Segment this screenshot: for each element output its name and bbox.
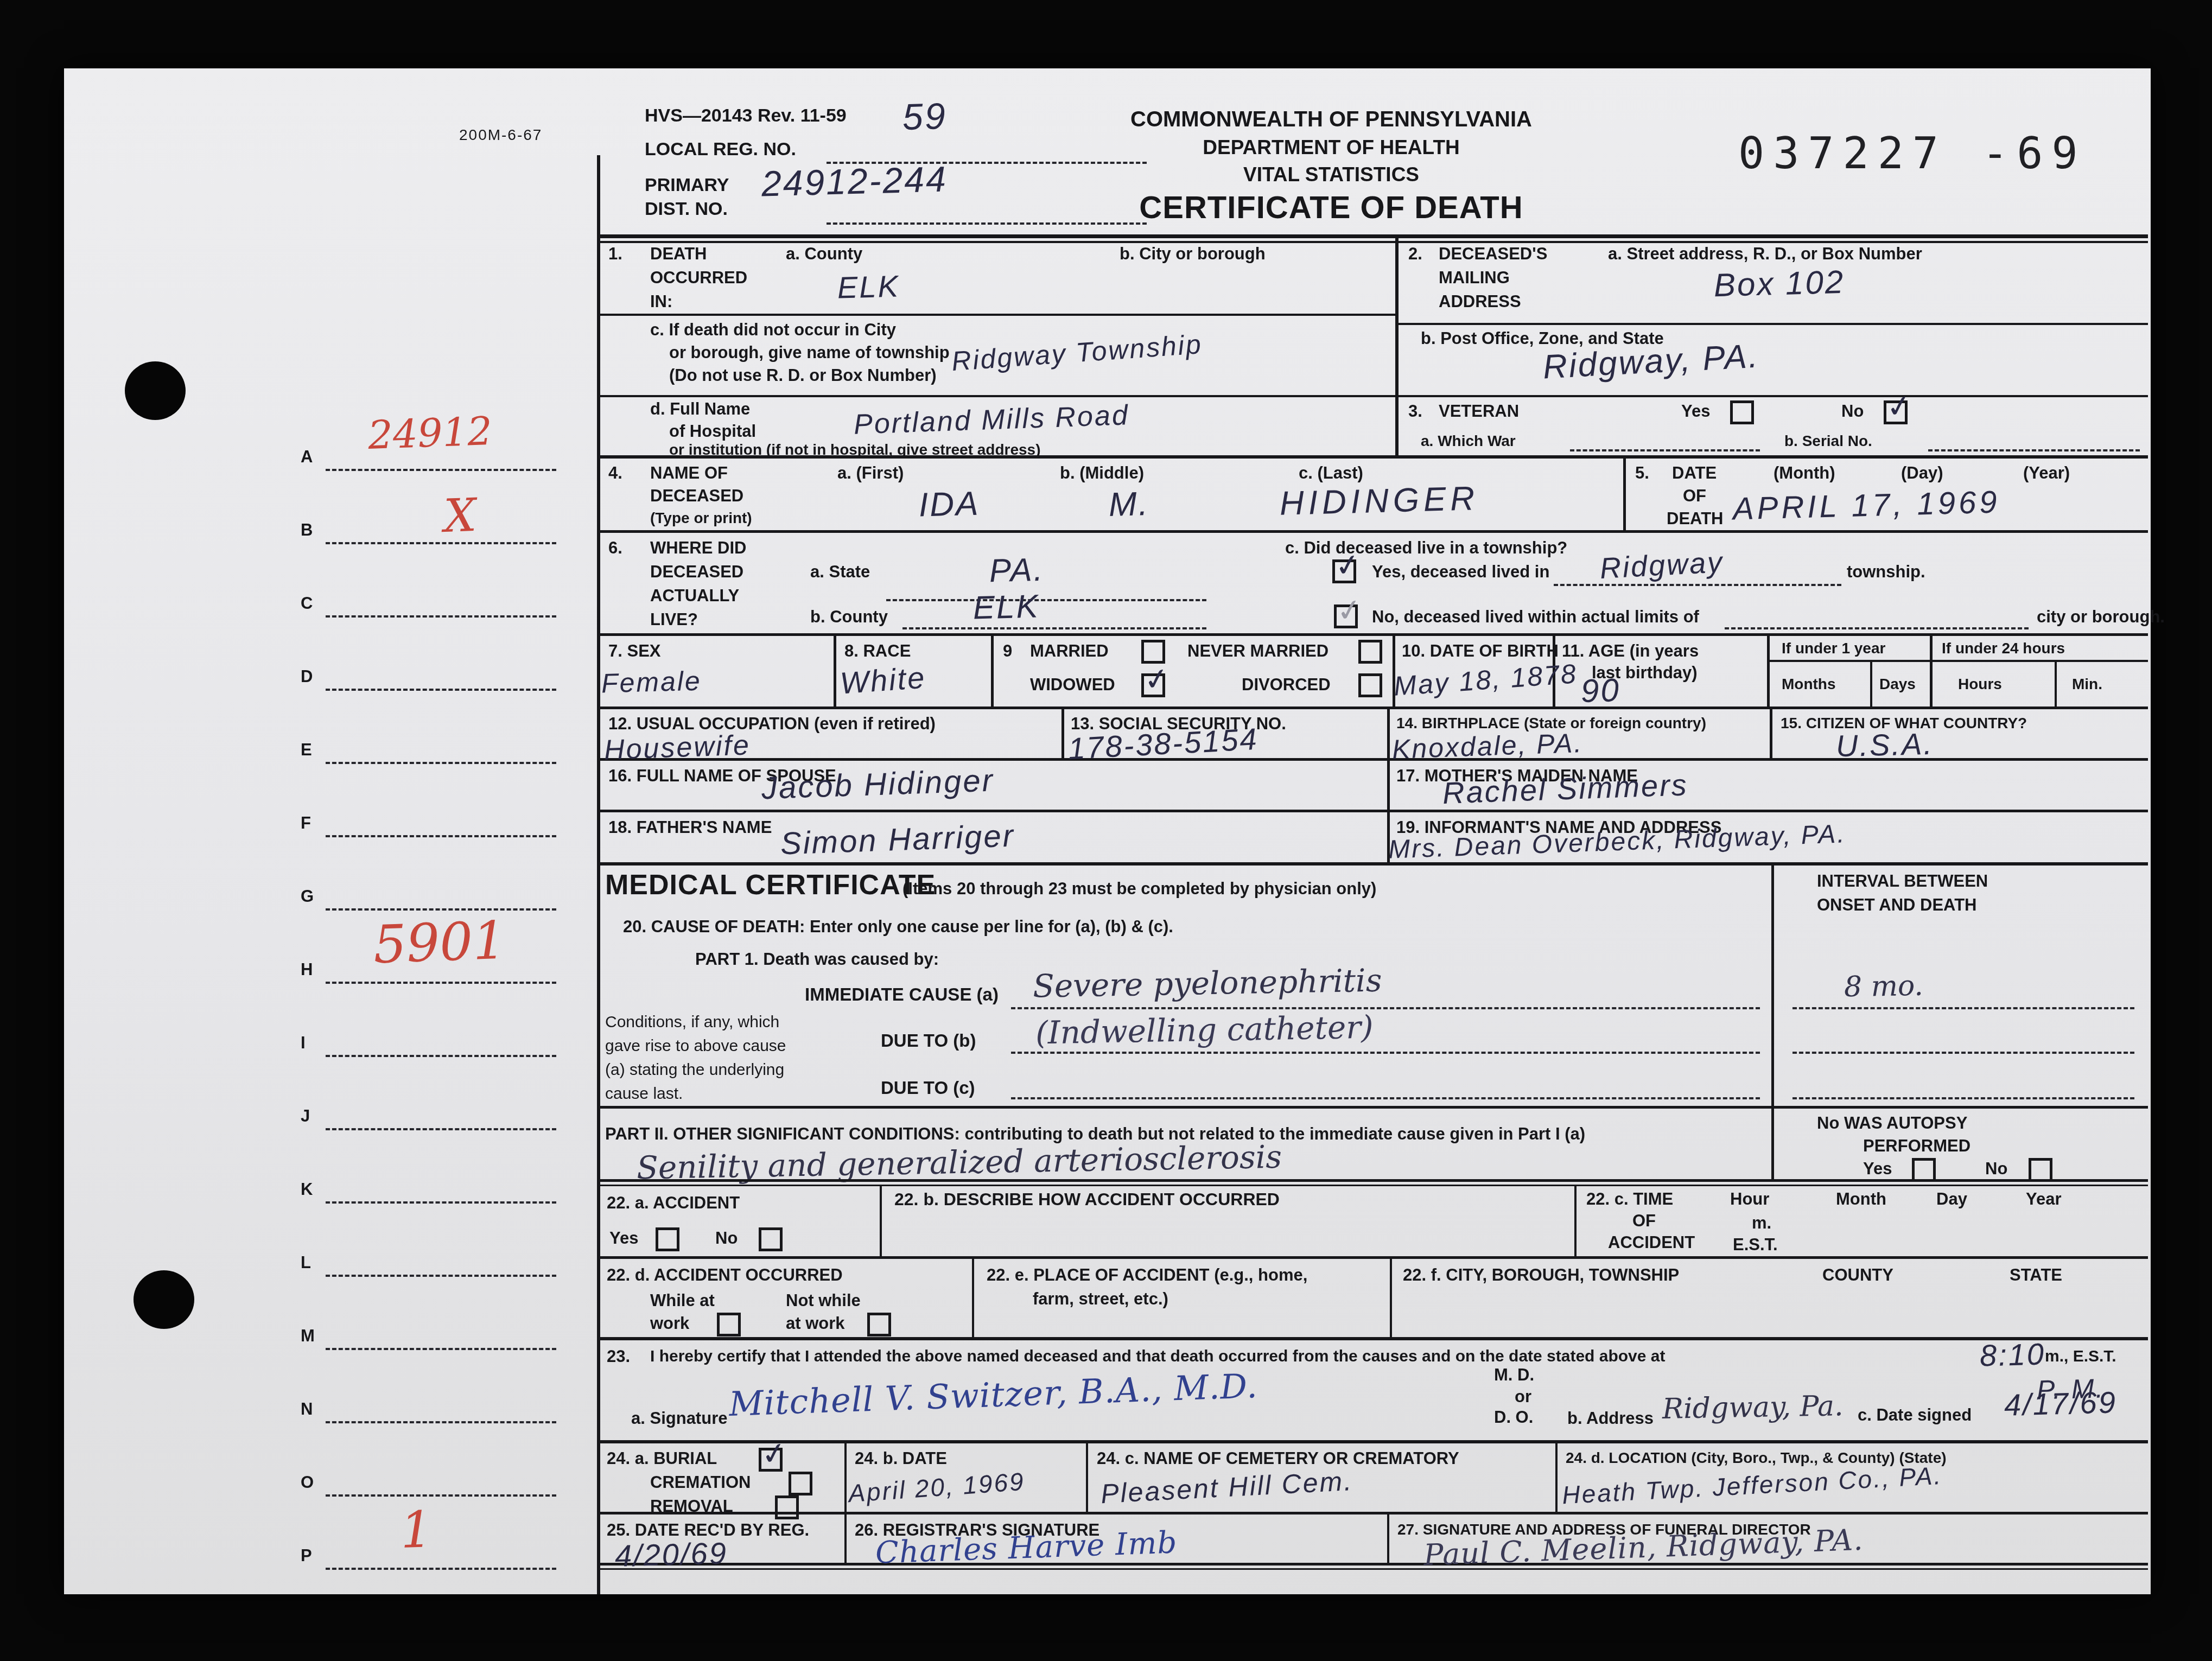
box7-label: 7. SEX (608, 642, 661, 660)
rule (1387, 709, 1390, 760)
widowed-checkbox: ✓ (1141, 673, 1165, 697)
box18-title: FATHER'S NAME (637, 818, 772, 837)
rule (1623, 459, 1626, 532)
box6c-township-line (1554, 584, 1841, 586)
box12-no: 12. (608, 714, 632, 733)
rule (599, 234, 2148, 238)
box5-year-label: (Year) (2023, 464, 2070, 482)
box23-no: 23. (607, 1348, 630, 1365)
primary-dist-label-2: DIST. NO. (645, 200, 728, 219)
cremation-label: CREMATION (650, 1474, 751, 1491)
stub-value-red: 1 (399, 1500, 433, 1560)
print-code: 200M-6-67 (459, 127, 542, 143)
box8-label: 8. RACE (844, 642, 911, 660)
rule (2055, 662, 2057, 709)
box5-month-label: (Month) (1774, 464, 1835, 482)
rule (1086, 1443, 1088, 1514)
month-label: Month (1836, 1191, 1886, 1208)
widowed-check: ✓ (1142, 660, 1172, 699)
stub-letter: K (301, 1181, 313, 1198)
header-department: DEPARTMENT OF HEALTH (1054, 136, 1608, 159)
box6c-label: c. Did deceased live in a township? (1285, 539, 1567, 557)
state-label: STATE (2010, 1267, 2062, 1284)
stub-letter: O (301, 1474, 314, 1491)
box7-no: 7. (608, 641, 622, 660)
not-while-label-2: at work (786, 1315, 845, 1332)
header-vital: VITAL STATISTICS (1054, 163, 1608, 186)
box20-label: 20. CAUSE OF DEATH: Enter only one cause… (623, 918, 1173, 935)
not-while-label-1: Not while (786, 1292, 861, 1309)
form-number: HVS—20143 Rev. 11-59 (645, 106, 847, 125)
box1-title-3: IN: (650, 293, 672, 310)
stub-line (326, 908, 556, 911)
rule (844, 1514, 847, 1565)
box5-title-3: DEATH (1667, 510, 1723, 527)
box6-title-4: LIVE? (650, 611, 698, 628)
father-name-value: Simon Harriger (780, 817, 1015, 862)
box5-title-2: OF (1683, 487, 1706, 505)
serial-no-line (1928, 449, 2140, 451)
box12-title: USUAL OCCUPATION (even if retired) (637, 714, 936, 733)
box22d-label: 22. d. ACCIDENT OCCURRED (607, 1267, 843, 1284)
rule (1387, 761, 1390, 812)
local-reg-label: LOCAL REG. NO. (645, 140, 796, 159)
box18-label: 18. FATHER'S NAME (608, 819, 772, 836)
stub-line (326, 1275, 556, 1277)
time-suffix: m., E.S.T. (2045, 1348, 2116, 1365)
cemetery-location-value: Heath Twp. Jefferson Co., PA. (1561, 1461, 1943, 1510)
rule (599, 1106, 2148, 1109)
which-war-line (1570, 449, 1760, 451)
widowed-label: WIDOWED (1030, 676, 1115, 693)
while-at-label-2: work (650, 1315, 689, 1332)
certificate-number-stamp: 037227 -69 (1738, 128, 2087, 179)
interval-label-1: INTERVAL BETWEEN (1817, 873, 1988, 890)
stub-letter: H (301, 961, 313, 978)
stub-value-red: 5901 (372, 910, 507, 975)
stub-line (326, 1568, 556, 1570)
box4-title-1: NAME OF (650, 464, 728, 482)
stub-line (326, 982, 556, 984)
hour-label: Hour (1730, 1191, 1769, 1208)
box6b-line (902, 627, 1206, 629)
md-label: M. D. (1494, 1366, 1534, 1384)
lived-city-no-check: ✓ (1334, 591, 1365, 630)
box4-title-2: DECEASED (650, 487, 743, 505)
box22c-label-2: OF (1632, 1212, 1656, 1230)
stub-line (326, 615, 556, 618)
stub-line (326, 469, 556, 471)
box1b-label: b. City or borough (1120, 245, 1266, 263)
primary-dist-value: 24912-244 (761, 158, 948, 205)
stub-value-red: X (443, 488, 477, 543)
married-checkbox (1141, 640, 1165, 664)
rule (599, 395, 2148, 397)
birthplace-value: Knoxdale, PA. (1391, 727, 1584, 765)
stub-line (326, 1128, 556, 1130)
rule (972, 1259, 974, 1337)
box4-no: 4. (608, 464, 622, 482)
rule (1555, 1443, 1558, 1514)
rule (599, 1337, 2148, 1340)
box21-title-1: WAS AUTOPSY (1844, 1113, 1967, 1132)
punch-hole-bottom (134, 1270, 194, 1329)
box2-title-1: DECEASED'S (1439, 245, 1547, 263)
lived-township-yes-checkbox: ✓ (1332, 559, 1356, 583)
or-label: or (1515, 1388, 1531, 1405)
stub-line (326, 1348, 556, 1350)
burial-label: a. BURIAL (635, 1449, 717, 1468)
stub-letter: C (301, 595, 313, 612)
box24a-label: 24. a. BURIAL (607, 1450, 717, 1467)
autopsy-yes-checkbox (1912, 1158, 1936, 1182)
rule (599, 633, 2148, 636)
date-received-value: 4/20/69 (614, 1535, 728, 1573)
box22b-label: 22. b. DESCRIBE HOW ACCIDENT OCCURRED (894, 1191, 1280, 1208)
stub-letter: F (301, 814, 311, 832)
box1-title-2: OCCURRED (650, 269, 747, 287)
cremation-checkbox (789, 1472, 812, 1495)
due-to-b-line (1011, 1052, 1760, 1054)
box1a-label: a. County (786, 245, 862, 263)
autopsy-yes-label: Yes (1863, 1160, 1892, 1178)
box21-no: No (1817, 1113, 1839, 1132)
box14-no: 14. (1396, 715, 1418, 731)
day-label: Day (1936, 1191, 1967, 1208)
box1-no: 1. (608, 245, 622, 263)
stub-letter: D (301, 668, 313, 685)
stub-letter: M (301, 1327, 315, 1345)
lived-city-no-checkbox: ✓ (1334, 604, 1358, 628)
accident-no-label: No (715, 1230, 738, 1247)
divorced-checkbox (1358, 673, 1382, 697)
box17-no: 17. (1396, 766, 1420, 785)
signature-label: a. Signature (631, 1410, 727, 1427)
box18-no: 18. (608, 818, 632, 837)
box3-no: 3. (1408, 403, 1422, 420)
removal-checkbox (775, 1495, 799, 1519)
box1a-value: ELK (837, 269, 900, 306)
box21-title-2: PERFORMED (1863, 1137, 1971, 1155)
box22c-label-3: ACCIDENT (1608, 1234, 1695, 1251)
box21-label: No WAS AUTOPSY (1817, 1115, 1967, 1132)
due-to-b-label: DUE TO (b) (881, 1032, 976, 1050)
interval-label-2: ONSET AND DEATH (1817, 896, 1977, 914)
immediate-cause-line (1011, 1007, 1760, 1009)
accident-yes-checkbox (656, 1227, 679, 1251)
header-commonwealth: COMMONWEALTH OF PENNSYLVANIA (1054, 107, 1608, 132)
interval-value: 8 mo. (1844, 970, 1923, 1004)
rule (1767, 636, 1770, 709)
box7-title: SEX (627, 641, 660, 660)
rule (599, 862, 2148, 865)
rule (844, 1443, 847, 1514)
autopsy-no-label: No (1985, 1160, 2007, 1178)
immediate-cause-label: IMMEDIATE CAUSE (a) (805, 985, 999, 1004)
box1-title-1: DEATH (650, 245, 707, 263)
interval-line-b (1793, 1052, 2134, 1054)
rule (1395, 238, 1399, 457)
serial-no-label: b. Serial No. (1784, 433, 1872, 449)
box6c-yes-text: Yes, deceased lived in (1372, 563, 1549, 581)
burial-checkbox: ✓ (759, 1448, 783, 1472)
box4c-label: c. (Last) (1299, 464, 1363, 482)
time-of-death-value: 8:10 (1979, 1336, 2046, 1373)
divorced-label: DIVORCED (1242, 676, 1331, 693)
never-married-checkbox (1358, 640, 1382, 664)
rule (599, 1256, 2148, 1259)
box8-no: 8. (844, 641, 859, 660)
box4-title-3: (Type or print) (650, 510, 752, 526)
stub-letter: B (301, 521, 313, 539)
rule (599, 1185, 2148, 1186)
immediate-cause-value: Severe pyelonephritis (1032, 962, 1382, 1004)
box10-label: 10. DATE OF BIRTH (1402, 642, 1559, 660)
rule (599, 1512, 2148, 1514)
citizen-value: U.S.A. (1835, 726, 1934, 764)
stub-value-red: 24912 (367, 408, 493, 458)
not-while-at-work-checkbox (867, 1313, 891, 1337)
box6a-line (886, 599, 1206, 601)
box6c-township-suffix: township. (1847, 563, 1925, 581)
rule (1390, 1259, 1392, 1337)
lived-township-yes-check: ✓ (1333, 546, 1363, 585)
rule (599, 314, 1395, 316)
rule (1930, 636, 1933, 709)
conditions-note-1: Conditions, if any, which (605, 1014, 779, 1030)
date-signed-label: c. Date signed (1858, 1407, 1972, 1424)
certify-text: I hereby certify that I attended the abo… (650, 1348, 1666, 1365)
rule (599, 810, 2148, 812)
certificate-form: HVS—20143 Rev. 11-59 LOCAL REG. NO. 59 P… (599, 68, 2151, 1594)
stub-letter: G (301, 888, 314, 905)
stub-line (326, 762, 556, 764)
box1d-label-1: d. Full Name (650, 400, 750, 418)
while-at-label-1: While at (650, 1292, 715, 1309)
interval-line-c (1793, 1097, 2134, 1099)
box20-no: 20. (623, 917, 646, 936)
rule (834, 636, 836, 709)
rule (599, 1563, 2148, 1565)
scanned-death-certificate: 200M-6-67 A 24912 B X C D E F G H 5901 I… (0, 0, 2212, 1661)
box24-no: 24. (607, 1449, 630, 1468)
date-signed-value: 4/17/69 (2004, 1384, 2117, 1422)
box2a-label: a. Street address, R. D., or Box Number (1608, 245, 1922, 263)
rule (1771, 865, 1774, 1181)
box1c-label-1: c. If death did not occur in City (650, 321, 896, 339)
burial-check: ✓ (759, 1435, 790, 1473)
box3-title: VETERAN (1439, 403, 1519, 420)
never-married-label: NEVER MARRIED (1187, 642, 1329, 660)
medical-certificate-note: (Items 20 through 23 must be completed b… (902, 880, 1376, 898)
stub-letter: E (301, 741, 312, 759)
address-label: b. Address (1567, 1410, 1654, 1427)
rule (991, 636, 994, 709)
months-label: Months (1782, 676, 1836, 692)
box6-no: 6. (608, 539, 622, 557)
box4a-label: a. (First) (837, 464, 904, 482)
stub-letter: A (301, 448, 313, 466)
stub-line (326, 1494, 556, 1497)
box22e-label-1: 22. e. PLACE OF ACCIDENT (e.g., home, (987, 1267, 1307, 1284)
box11-title1: AGE (in years (1588, 641, 1699, 660)
rule (599, 1568, 2148, 1570)
punch-hole-top (125, 361, 186, 420)
hours-label: Hours (1958, 676, 2002, 692)
rule (1574, 1186, 1577, 1258)
box20-title: CAUSE OF DEATH: Enter only one cause per… (651, 917, 1173, 936)
part1-label: PART 1. Death was caused by: (695, 951, 939, 968)
date-of-death-value: APRIL 17, 1969 (1732, 484, 2000, 527)
part2-label: PART II. OTHER SIGNIFICANT CONDITIONS: c… (605, 1125, 1585, 1143)
medical-certificate-heading: MEDICAL CERTIFICATE (605, 870, 936, 900)
accident-no-checkbox (759, 1227, 783, 1251)
certificate-title: CERTIFICATE OF DEATH (1054, 189, 1608, 226)
rule (1933, 660, 2148, 662)
conditions-note-2: gave rise to above cause (605, 1038, 786, 1054)
rule (880, 1186, 882, 1258)
box12-label: 12. USUAL OCCUPATION (even if retired) (608, 715, 936, 733)
stub-letter: I (301, 1034, 306, 1052)
which-war-label: a. Which War (1421, 433, 1516, 449)
burial-date-value: April 20, 1969 (848, 1467, 1026, 1509)
min-label: Min. (2072, 676, 2102, 692)
rule (599, 241, 2148, 243)
box2a-value: Box 102 (1713, 263, 1845, 304)
do-label: D. O. (1494, 1409, 1533, 1426)
box16-no: 16. (608, 766, 632, 785)
box5-title-1: DATE (1672, 464, 1717, 482)
interval-line-a (1793, 1007, 2134, 1009)
box6c-township-value: Ridgway (1599, 545, 1725, 586)
stub-letter: J (301, 1108, 310, 1125)
box24b-label: 24. b. DATE (855, 1450, 947, 1467)
box6-title-3: ACTUALLY (650, 587, 739, 604)
certificate-paper: 200M-6-67 A 24912 B X C D E F G H 5901 I… (64, 68, 2151, 1594)
race-value: White (839, 660, 927, 701)
deceased-last-name: HIDINGER (1279, 479, 1479, 523)
days-label: Days (1879, 676, 1916, 692)
box22f-label: 22. f. CITY, BOROUGH, TOWNSHIP (1403, 1267, 1679, 1284)
deceased-first-name: IDA (918, 485, 980, 525)
due-to-c-label: DUE TO (c) (881, 1079, 975, 1097)
stub-letter: N (301, 1401, 313, 1418)
rule (1061, 709, 1064, 760)
rule (1770, 660, 1931, 662)
box10-no: 10. (1402, 641, 1425, 660)
box11-no: 11. (1562, 641, 1584, 660)
box1c-value: Ridgway Township (951, 328, 1204, 377)
stub-line (326, 1055, 556, 1057)
box6a-label: a. State (810, 563, 870, 581)
box9-no: 9 (1003, 642, 1012, 660)
stub-line (326, 689, 556, 691)
under-24-hours-label: If under 24 hours (1942, 640, 2065, 656)
while-at-work-checkbox (717, 1313, 741, 1337)
removal-label: REMOVAL (650, 1498, 733, 1515)
due-to-b-value: (Indwelling catheter) (1035, 1009, 1374, 1052)
box1d-label-3: or institution (if not in hospital, give… (669, 442, 1041, 457)
box22a-label: 22. a. ACCIDENT (607, 1194, 740, 1212)
rule (599, 1179, 2148, 1182)
physician-address-value: Ridgway, Pa. (1662, 1390, 1844, 1425)
box6b-label: b. County (810, 608, 888, 626)
box10-title: DATE OF BIRTH (1430, 641, 1559, 660)
county-label: COUNTY (1822, 1267, 1893, 1284)
header-center: COMMONWEALTH OF PENNSYLVANIA DEPARTMENT … (1054, 107, 1608, 226)
box1d-value: Portland Mills Road (853, 399, 1130, 441)
box15-no: 15. (1781, 715, 1802, 731)
physician-signature: Mitchell V. Switzer, B.A., M.D. (728, 1366, 1258, 1424)
under-1-year-label: If under 1 year (1782, 640, 1885, 656)
conditions-note-4: cause last. (605, 1085, 683, 1102)
box6-title-2: DECEASED (650, 563, 743, 581)
box5-no: 5. (1635, 464, 1649, 482)
cemetery-value: Pleasent Hill Cem. (1100, 1465, 1354, 1510)
spouse-name-value: Jacob Hidinger (761, 762, 995, 807)
married-label: MARRIED (1030, 642, 1109, 660)
veteran-yes-checkbox (1730, 400, 1754, 424)
deceased-middle-name: M. (1108, 485, 1150, 524)
primary-dist-label-1: PRIMARY (645, 176, 729, 195)
date-of-birth-value: May 18, 1878 (1393, 658, 1578, 702)
box2-no: 2. (1408, 245, 1422, 263)
rule (1870, 662, 1872, 709)
box22e-label-2: farm, street, etc.) (1033, 1290, 1168, 1308)
box6c-city-suffix: city or borough. (2037, 608, 2165, 626)
veteran-no-check: ✓ (1884, 387, 1915, 426)
accident-yes-label: Yes (609, 1230, 638, 1247)
box22c-label-1: 22. c. TIME (1586, 1191, 1673, 1208)
m-label: m. (1752, 1214, 1771, 1232)
box4b-label: b. (Middle) (1060, 464, 1144, 482)
occupation-value: Housewife (603, 729, 751, 766)
autopsy-no-checkbox (2029, 1158, 2052, 1182)
conditions-note-3: (a) stating the underlying (605, 1061, 784, 1078)
box5-day-label: (Day) (1901, 464, 1943, 482)
rule (1399, 323, 2148, 325)
box1c-label-2: or borough, give name of township (669, 344, 950, 361)
stub-letter: P (301, 1547, 312, 1564)
veteran-yes-label: Yes (1681, 403, 1710, 420)
box1d-label-2: of Hospital (669, 423, 756, 440)
rule (599, 707, 2148, 709)
year-label: Year (2026, 1191, 2062, 1208)
box8-title: RACE (863, 641, 911, 660)
box2-title-3: ADDRESS (1439, 293, 1521, 310)
stub-letter: L (301, 1254, 311, 1271)
box2-title-2: MAILING (1439, 269, 1510, 287)
stub-line (326, 835, 556, 837)
age-value: 90 (1580, 671, 1621, 710)
due-to-c-line (1011, 1097, 1760, 1099)
box11-title-1: 11. AGE (in years (1562, 642, 1699, 660)
sex-value: Female (601, 665, 702, 699)
rule (1387, 1514, 1389, 1565)
est-label: E.S.T. (1733, 1236, 1778, 1253)
box6c-city-line (1725, 627, 2029, 629)
stub-line (326, 1201, 556, 1204)
stub-line (326, 1421, 556, 1423)
veteran-no-checkbox: ✓ (1884, 400, 1908, 424)
box6-title-1: WHERE DID (650, 539, 746, 557)
rule (599, 530, 2148, 533)
stub-line (326, 542, 556, 544)
rule (599, 1440, 2148, 1443)
rule (1770, 709, 1772, 760)
box24c-label: 24. c. NAME OF CEMETERY OR CREMATORY (1097, 1450, 1459, 1467)
box6c-no-text: No, deceased lived within actual limits … (1372, 608, 1699, 626)
